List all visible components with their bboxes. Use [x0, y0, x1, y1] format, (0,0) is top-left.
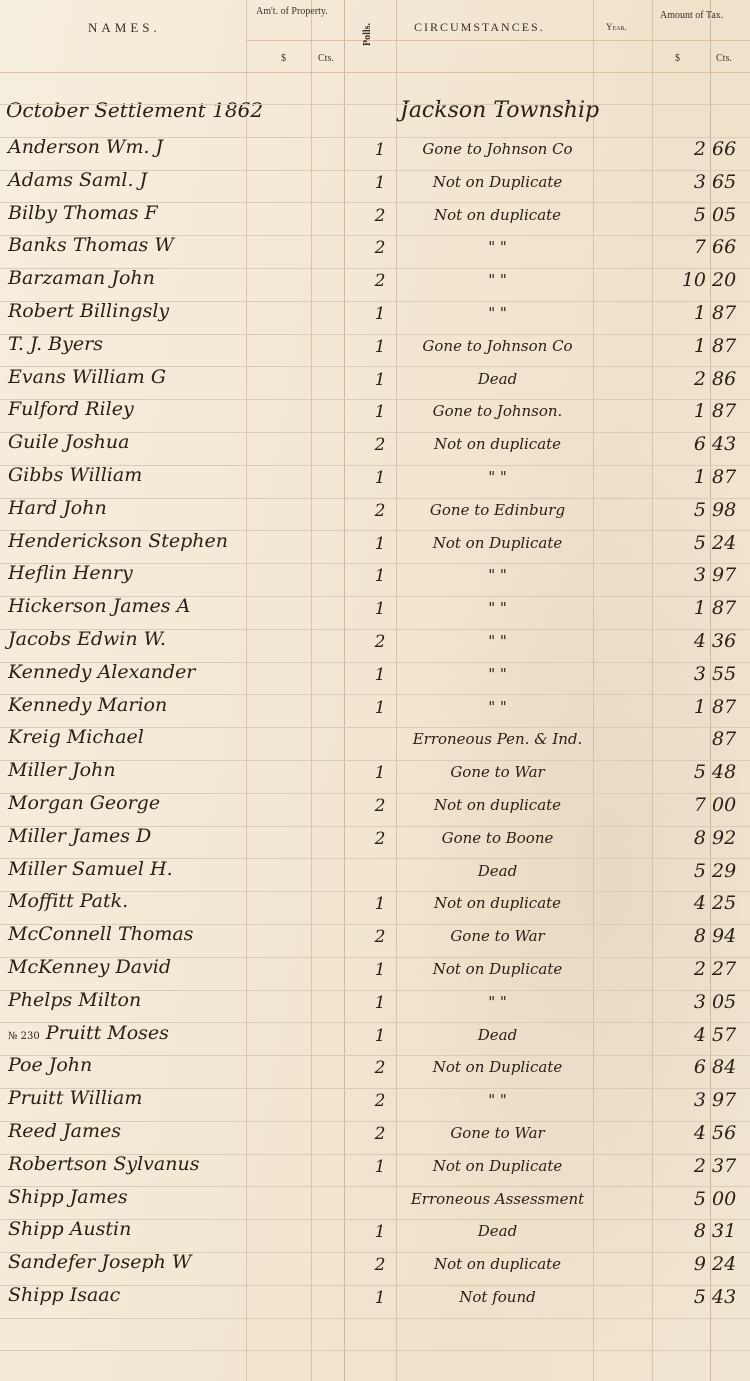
taxpayer-name: Bilby Thomas F	[8, 202, 158, 224]
ledger-row: Guile Joshua2Not on duplicate643	[0, 429, 750, 462]
circumstance: Erroneous Assessment	[400, 1190, 595, 1208]
tax-cents: 24	[712, 1253, 746, 1275]
record-number: № 230	[8, 1031, 40, 1042]
tax-cents: 27	[712, 958, 746, 980]
ledger-row: Poe John2Not on Duplicate684	[0, 1052, 750, 1085]
circumstance: Not on duplicate	[400, 435, 595, 453]
ledger-row: Robert Billingsly1" "187	[0, 298, 750, 331]
tax-dollars: 10	[660, 269, 706, 291]
tax-dollars: 4	[660, 1122, 706, 1144]
tax-dollars: 5	[660, 761, 706, 783]
polls-count: 1	[370, 566, 390, 586]
ledger-row: Kreig MichaelErroneous Pen. & Ind.87	[0, 724, 750, 757]
circumstance: " "	[400, 304, 595, 322]
tax-dollars: 4	[660, 1024, 706, 1046]
tax-cents: 84	[712, 1056, 746, 1078]
ledger-row: Heflin Henry1" "397	[0, 560, 750, 593]
tax-dollars: 3	[660, 171, 706, 193]
taxpayer-name: T. J. Byers	[8, 333, 103, 355]
polls-count: 1	[370, 534, 390, 554]
polls-count: 2	[370, 632, 390, 652]
tax-cents: 66	[712, 138, 746, 160]
polls-count: 2	[370, 271, 390, 291]
tax-dollars: 3	[660, 1089, 706, 1111]
taxpayer-name: Fulford Riley	[8, 398, 134, 420]
header-year: Year.	[606, 22, 627, 32]
header-circumstances: CIRCUMSTANCES.	[414, 20, 545, 35]
tax-dollars: 7	[660, 236, 706, 258]
tax-dollars: 3	[660, 663, 706, 685]
ledger-row: Sandefer Joseph W2Not on duplicate924	[0, 1249, 750, 1282]
polls-count: 1	[370, 468, 390, 488]
polls-count: 2	[370, 501, 390, 521]
polls-count: 1	[370, 337, 390, 357]
ledger-row: Henderickson Stephen1Not on Duplicate524	[0, 528, 750, 561]
circumstance: " "	[400, 468, 595, 486]
circumstance: " "	[400, 271, 595, 289]
tax-dollars: 5	[660, 204, 706, 226]
polls-count: 2	[370, 796, 390, 816]
ledger-row: Gibbs William1" "187	[0, 462, 750, 495]
taxpayer-name: Morgan George	[8, 792, 160, 814]
tax-dollars: 9	[660, 1253, 706, 1275]
header-polls: Polls.	[362, 23, 373, 46]
taxpayer-name: Miller James D	[8, 825, 151, 847]
circumstance: Dead	[400, 1222, 595, 1240]
circumstance: Not on Duplicate	[400, 1157, 595, 1175]
circumstance: Not found	[400, 1288, 595, 1306]
ledger-row: McConnell Thomas2Gone to War894	[0, 921, 750, 954]
polls-count: 2	[370, 435, 390, 455]
polls-count: 1	[370, 960, 390, 980]
ledger-row: Shipp JamesErroneous Assessment500	[0, 1184, 750, 1217]
tax-cents: 87	[712, 302, 746, 324]
circumstance: Gone to Edinburg	[400, 501, 595, 519]
taxpayer-name: Kennedy Alexander	[8, 661, 195, 683]
polls-count: 1	[370, 665, 390, 685]
tax-dollars: 1	[660, 466, 706, 488]
taxpayer-name: Jacobs Edwin W.	[8, 628, 166, 650]
taxpayer-name: Shipp James	[8, 1186, 128, 1208]
ledger-row: McKenney David1Not on Duplicate227	[0, 954, 750, 987]
taxpayer-name: Hickerson James A	[8, 595, 190, 617]
taxpayer-name: Kreig Michael	[8, 726, 144, 748]
circumstance: Not on duplicate	[400, 796, 595, 814]
polls-count: 1	[370, 1288, 390, 1308]
taxpayer-name: Robert Billingsly	[8, 300, 169, 322]
polls-count: 1	[370, 763, 390, 783]
tax-cents: 05	[712, 204, 746, 226]
tax-dollars: 1	[660, 597, 706, 619]
taxpayer-name: Hard John	[8, 497, 107, 519]
circumstance: Not on Duplicate	[400, 534, 595, 552]
polls-count: 1	[370, 698, 390, 718]
tax-dollars: 5	[660, 860, 706, 882]
taxpayer-name: McConnell Thomas	[8, 923, 193, 945]
tax-dollars: 7	[660, 794, 706, 816]
polls-count: 1	[370, 402, 390, 422]
taxpayer-name: Robertson Sylvanus	[8, 1153, 199, 1175]
polls-count: 1	[370, 370, 390, 390]
tax-dollars: 5	[660, 1188, 706, 1210]
taxpayer-name: Henderickson Stephen	[8, 530, 228, 552]
polls-count: 2	[370, 206, 390, 226]
polls-count: 2	[370, 1091, 390, 1111]
taxpayer-name: Barzaman John	[8, 267, 155, 289]
tax-cents: 31	[712, 1220, 746, 1242]
header-tax-dollars: $	[675, 53, 680, 64]
polls-count: 2	[370, 927, 390, 947]
tax-dollars: 1	[660, 696, 706, 718]
header-property-dollars: $	[281, 53, 286, 64]
taxpayer-name: Pruitt William	[8, 1087, 142, 1109]
ledger-row: Morgan George2Not on duplicate700	[0, 790, 750, 823]
ledger-row: № 230 Pruitt Moses1Dead457	[0, 1020, 750, 1053]
tax-cents: 36	[712, 630, 746, 652]
tax-cents: 43	[712, 1286, 746, 1308]
ledger-row: Barzaman John2" "1020	[0, 265, 750, 298]
tax-cents: 37	[712, 1155, 746, 1177]
circumstance: Gone to Johnson Co	[400, 337, 595, 355]
tax-cents: 00	[712, 794, 746, 816]
circumstance: Erroneous Pen. & Ind.	[400, 730, 595, 748]
polls-count: 2	[370, 1124, 390, 1144]
taxpayer-name: Banks Thomas W	[8, 234, 174, 256]
tax-cents: 97	[712, 564, 746, 586]
taxpayer-name: Heflin Henry	[8, 562, 133, 584]
ledger-row: Hard John2Gone to Edinburg598	[0, 495, 750, 528]
tax-cents: 55	[712, 663, 746, 685]
circumstance: " "	[400, 238, 595, 256]
header-tax-cents: Cts.	[716, 53, 732, 64]
circumstance: Not on Duplicate	[400, 173, 595, 191]
polls-count: 1	[370, 599, 390, 619]
ledger-row: Robertson Sylvanus1Not on Duplicate237	[0, 1151, 750, 1184]
tax-cents: 87	[712, 597, 746, 619]
taxpayer-name: Adams Saml. J	[8, 169, 147, 191]
header-rule-top	[246, 40, 750, 41]
tax-cents: 48	[712, 761, 746, 783]
circumstance: " "	[400, 632, 595, 650]
header-amount-of-tax: Amount of Tax.	[660, 10, 723, 21]
ledger-row: Bilby Thomas F2Not on duplicate505	[0, 200, 750, 233]
tax-dollars: 1	[660, 302, 706, 324]
tax-dollars: 4	[660, 630, 706, 652]
circumstance: " "	[400, 1091, 595, 1109]
tax-dollars: 1	[660, 400, 706, 422]
circumstance: Gone to War	[400, 1124, 595, 1142]
circumstance: Not on duplicate	[400, 206, 595, 224]
taxpayer-name: Poe John	[8, 1054, 92, 1076]
tax-dollars: 5	[660, 1286, 706, 1308]
ledger-row: Phelps Milton1" "305	[0, 987, 750, 1020]
tax-dollars: 2	[660, 1155, 706, 1177]
tax-dollars: 2	[660, 368, 706, 390]
header-names: NAMES.	[88, 20, 161, 36]
taxpayer-name: Shipp Austin	[8, 1218, 131, 1240]
taxpayer-name: Evans William G	[8, 366, 166, 388]
ledger-row: Reed James2Gone to War456	[0, 1118, 750, 1151]
tax-cents: 87	[712, 696, 746, 718]
tax-dollars: 2	[660, 138, 706, 160]
tax-cents: 87	[712, 335, 746, 357]
tax-cents: 87	[712, 400, 746, 422]
ledger-row: Banks Thomas W2" "766	[0, 232, 750, 265]
tax-cents: 65	[712, 171, 746, 193]
tax-dollars: 3	[660, 991, 706, 1013]
tax-cents: 86	[712, 368, 746, 390]
tax-cents: 43	[712, 433, 746, 455]
circumstance: " "	[400, 599, 595, 617]
tax-dollars: 8	[660, 1220, 706, 1242]
circumstance: Dead	[400, 1026, 595, 1044]
tax-dollars: 3	[660, 564, 706, 586]
polls-count: 2	[370, 1255, 390, 1275]
tax-cents: 97	[712, 1089, 746, 1111]
taxpayer-name: Anderson Wm. J	[8, 136, 163, 158]
tax-dollars: 8	[660, 827, 706, 849]
circumstance: Gone to Johnson.	[400, 402, 595, 420]
ledger-row: Evans William G1Dead286	[0, 364, 750, 397]
circumstance: Not on Duplicate	[400, 1058, 595, 1076]
circumstance: Gone to War	[400, 927, 595, 945]
taxpayer-name: Moffitt Patk.	[8, 890, 128, 912]
tax-cents: 66	[712, 236, 746, 258]
township-title: Jackson Township	[400, 98, 599, 123]
polls-count: 1	[370, 140, 390, 160]
tax-cents: 87	[712, 728, 746, 750]
tax-cents: 00	[712, 1188, 746, 1210]
tax-dollars: 6	[660, 1056, 706, 1078]
header-amount-of-property: Am't. of Property.	[256, 6, 328, 17]
ledger-row: Adams Saml. J1Not on Duplicate365	[0, 167, 750, 200]
row-rule	[0, 1350, 750, 1351]
tax-cents: 29	[712, 860, 746, 882]
tax-cents: 94	[712, 925, 746, 947]
taxpayer-name: Guile Joshua	[8, 431, 129, 453]
polls-count: 1	[370, 1026, 390, 1046]
ledger-row: Miller John1Gone to War548	[0, 757, 750, 790]
ledger-row: Miller James D2Gone to Boone892	[0, 823, 750, 856]
row-rule	[0, 1318, 750, 1319]
circumstance: Gone to Boone	[400, 829, 595, 847]
tax-cents: 57	[712, 1024, 746, 1046]
circumstance: Dead	[400, 862, 595, 880]
ledger-row: Anderson Wm. J1Gone to Johnson Co266	[0, 134, 750, 167]
circumstance: Not on duplicate	[400, 894, 595, 912]
polls-count: 2	[370, 829, 390, 849]
polls-count: 1	[370, 993, 390, 1013]
tax-cents: 56	[712, 1122, 746, 1144]
tax-cents: 25	[712, 892, 746, 914]
tax-cents: 05	[712, 991, 746, 1013]
circumstance: " "	[400, 993, 595, 1011]
polls-count: 1	[370, 173, 390, 193]
ledger-row: Pruitt William2" "397	[0, 1085, 750, 1118]
tax-cents: 98	[712, 499, 746, 521]
tax-dollars: 1	[660, 335, 706, 357]
ledger-row: Fulford Riley1Gone to Johnson.187	[0, 396, 750, 429]
circumstance: Gone to War	[400, 763, 595, 781]
ledger-row: Hickerson James A1" "187	[0, 593, 750, 626]
ledger-row: Kennedy Marion1" "187	[0, 692, 750, 725]
polls-count: 1	[370, 1222, 390, 1242]
ledger-row: Shipp Austin1Dead831	[0, 1216, 750, 1249]
tax-cents: 24	[712, 532, 746, 554]
header-rule-bottom	[0, 72, 750, 73]
ledger-row: Moffitt Patk.1Not on duplicate425	[0, 888, 750, 921]
taxpayer-name: Sandefer Joseph W	[8, 1251, 191, 1273]
taxpayer-name: McKenney David	[8, 956, 171, 978]
circumstance: Not on Duplicate	[400, 960, 595, 978]
ledger-row: T. J. Byers1Gone to Johnson Co187	[0, 331, 750, 364]
polls-count: 1	[370, 1157, 390, 1177]
circumstance: Not on duplicate	[400, 1255, 595, 1273]
row-rule	[0, 104, 750, 105]
taxpayer-name: Kennedy Marion	[8, 694, 167, 716]
header-property-cents: Cts.	[318, 53, 334, 64]
polls-count: 1	[370, 304, 390, 324]
taxpayer-name: Phelps Milton	[8, 989, 141, 1011]
tax-cents: 20	[712, 269, 746, 291]
settlement-title: October Settlement 1862	[6, 98, 263, 122]
circumstance: " "	[400, 665, 595, 683]
ledger-row: Kennedy Alexander1" "355	[0, 659, 750, 692]
ledger-row: Shipp Isaac1Not found543	[0, 1282, 750, 1315]
tax-dollars: 5	[660, 499, 706, 521]
polls-count: 1	[370, 894, 390, 914]
tax-dollars: 5	[660, 532, 706, 554]
circumstance: Gone to Johnson Co	[400, 140, 595, 158]
taxpayer-name: Miller John	[8, 759, 116, 781]
taxpayer-name: Shipp Isaac	[8, 1284, 120, 1306]
taxpayer-name: Gibbs William	[8, 464, 142, 486]
ledger-row: Jacobs Edwin W.2" "436	[0, 626, 750, 659]
taxpayer-name: Miller Samuel H.	[8, 858, 173, 880]
circumstance: " "	[400, 698, 595, 716]
circumstance: " "	[400, 566, 595, 584]
polls-count: 2	[370, 1058, 390, 1078]
ledger-row: Miller Samuel H.Dead529	[0, 856, 750, 889]
tax-dollars: 8	[660, 925, 706, 947]
tax-cents: 92	[712, 827, 746, 849]
polls-count: 2	[370, 238, 390, 258]
tax-cents: 87	[712, 466, 746, 488]
circumstance: Dead	[400, 370, 595, 388]
tax-dollars: 6	[660, 433, 706, 455]
taxpayer-name: № 230 Pruitt Moses	[8, 1022, 169, 1044]
tax-dollars: 2	[660, 958, 706, 980]
taxpayer-name: Reed James	[8, 1120, 121, 1142]
tax-dollars: 4	[660, 892, 706, 914]
